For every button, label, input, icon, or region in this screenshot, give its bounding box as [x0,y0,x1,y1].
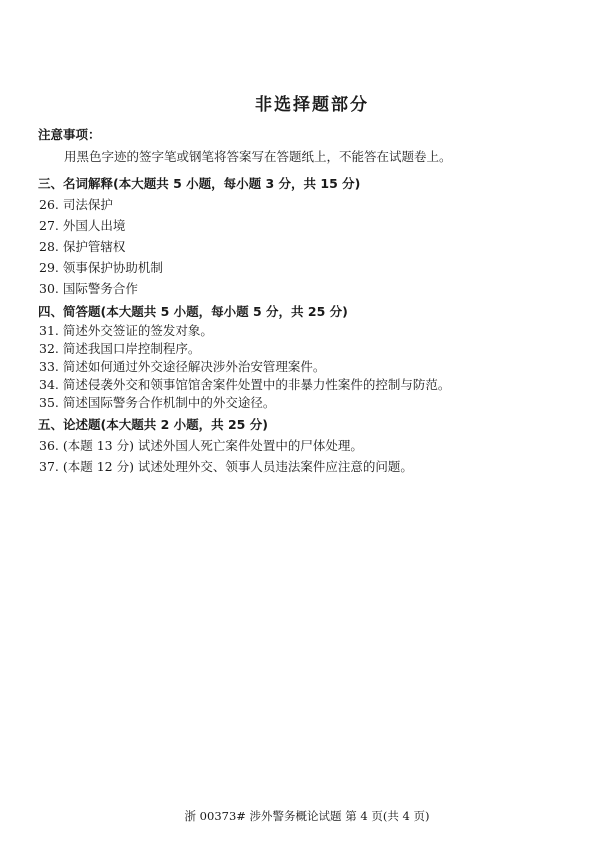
section-heading: 五、论述题(本大题共 2 小题，共 25 分) [38,414,413,435]
question-item: 28. 保护管辖权 [38,236,360,257]
question-item: 29. 领事保护协助机制 [38,257,360,278]
page-title: 非选择题部分 [0,90,600,115]
section-heading: 四、简答题(本大题共 5 小题，每小题 5 分，共 25 分) [38,301,450,322]
question-item: 35. 简述国际警务合作机制中的外交途径。 [38,394,450,412]
question-item: 37. (本题 12 分) 试述处理外交、领事人员违法案件应注意的问题。 [38,456,413,477]
section-essay: 五、论述题(本大题共 2 小题，共 25 分) 36. (本题 13 分) 试述… [38,414,413,477]
section-heading: 三、名词解释(本大题共 5 小题，每小题 3 分，共 15 分) [38,173,360,194]
section-short-answer: 四、简答题(本大题共 5 小题，每小题 5 分，共 25 分) 31. 简述外交… [38,301,450,412]
question-item: 33. 简述如何通过外交途径解决涉外治安管理案件。 [38,358,450,376]
notice-label: 注意事项： [38,125,101,143]
question-item: 26. 司法保护 [38,194,360,215]
section-terms: 三、名词解释(本大题共 5 小题，每小题 3 分，共 15 分) 26. 司法保… [38,173,360,299]
question-item: 34. 简述侵袭外交和领事馆馆舍案件处置中的非暴力性案件的控制与防范。 [38,376,450,394]
question-item: 27. 外国人出境 [38,215,360,236]
question-item: 31. 简述外交签证的签发对象。 [38,322,450,340]
page-footer: 浙 00373# 涉外警务概论试题 第 4 页(共 4 页) [0,808,600,824]
notice-text: 用黑色字迹的签字笔或钢笔将答案写在答题纸上，不能答在试题卷上。 [64,147,452,165]
question-item: 30. 国际警务合作 [38,278,360,299]
question-item: 32. 简述我国口岸控制程序。 [38,340,450,358]
question-item: 36. (本题 13 分) 试述外国人死亡案件处置中的尸体处理。 [38,435,413,456]
